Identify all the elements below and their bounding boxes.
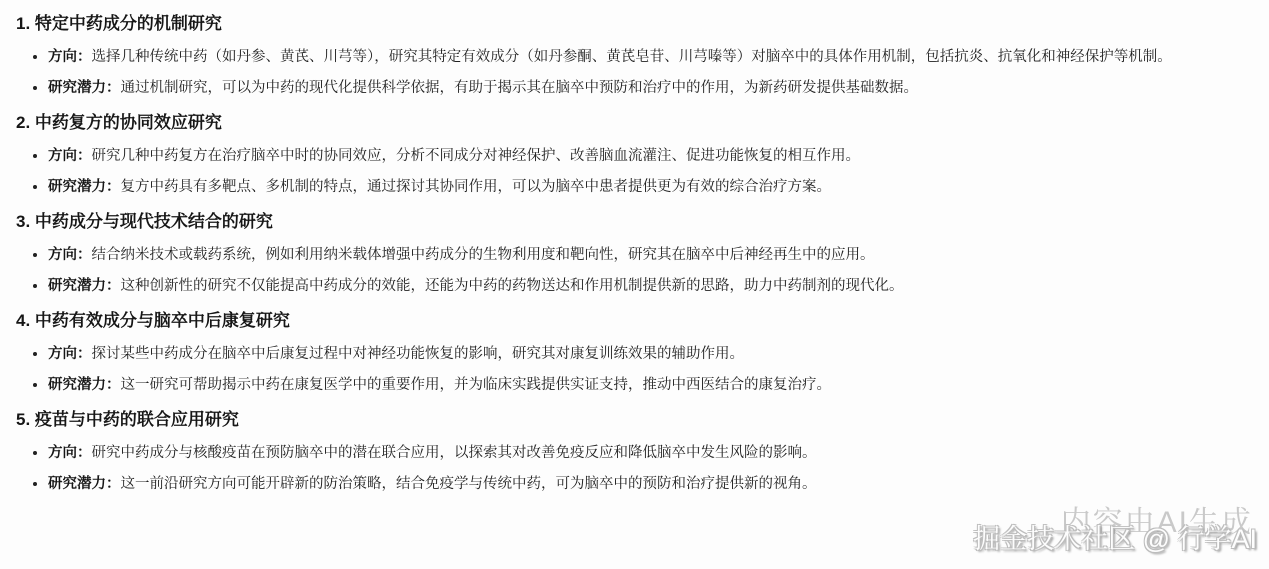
community-watermark: 掘金技术社区 @ 行学AI (973, 521, 1257, 557)
bullet-label: 方向： (48, 346, 92, 362)
list-item: 方向：研究几种中药复方在治疗脑卒中时的协同效应，分析不同成分对神经保护、改善脑血… (48, 147, 1249, 165)
bullet-text: 通过机制研究，可以为中药的现代化提供科学依据，有助于揭示其在脑卒中预防和治疗中的… (121, 80, 919, 96)
list-item: 研究潜力：这种创新性的研究不仅能提高中药成分的效能，还能为中药的药物送达和作用机… (48, 277, 1249, 295)
section-bullet-list: 方向：研究几种中药复方在治疗脑卒中时的协同效应，分析不同成分对神经保护、改善脑血… (16, 147, 1249, 196)
list-item: 研究潜力：这一前沿研究方向可能开辟新的防治策略，结合免疫学与传统中药，可为脑卒中… (48, 475, 1249, 493)
list-item: 研究潜力：这一研究可帮助揭示中药在康复医学中的重要作用，并为临床实践提供实证支持… (48, 376, 1249, 394)
section-title: 1. 特定中药成分的机制研究 (16, 13, 1249, 35)
section-title: 3. 中药成分与现代技术结合的研究 (16, 211, 1249, 233)
bullet-text: 这一研究可帮助揭示中药在康复医学中的重要作用，并为临床实践提供实证支持，推动中西… (121, 377, 832, 393)
list-item: 方向：探讨某些中药成分在脑卒中后康复过程中对神经功能恢复的影响，研究其对康复训练… (48, 345, 1249, 363)
bullet-text: 这一前沿研究方向可能开辟新的防治策略，结合免疫学与传统中药，可为脑卒中的预防和治… (121, 476, 817, 492)
list-item: 方向：选择几种传统中药（如丹参、黄芪、川芎等），研究其特定有效成分（如丹参酮、黄… (48, 48, 1249, 66)
section-1: 1. 特定中药成分的机制研究 方向：选择几种传统中药（如丹参、黄芪、川芎等），研… (16, 13, 1249, 97)
list-item: 研究潜力：复方中药具有多靶点、多机制的特点，通过探讨其协同作用，可以为脑卒中患者… (48, 178, 1249, 196)
section-bullet-list: 方向：结合纳米技术或载药系统，例如利用纳米载体增强中药成分的生物利用度和靶向性，… (16, 246, 1249, 295)
bullet-label: 方向： (48, 247, 92, 263)
bullet-label: 方向： (48, 445, 92, 461)
bullet-label: 研究潜力： (48, 476, 121, 492)
section-title: 4. 中药有效成分与脑卒中后康复研究 (16, 310, 1249, 332)
bullet-text: 研究中药成分与核酸疫苗在预防脑卒中的潜在联合应用，以探索其对改善免疫反应和降低脑… (92, 445, 817, 461)
bullet-text: 这种创新性的研究不仅能提高中药成分的效能，还能为中药的药物送达和作用机制提供新的… (121, 278, 904, 294)
section-bullet-list: 方向：研究中药成分与核酸疫苗在预防脑卒中的潜在联合应用，以探索其对改善免疫反应和… (16, 444, 1249, 493)
section-title: 5. 疫苗与中药的联合应用研究 (16, 409, 1249, 431)
bullet-text: 复方中药具有多靶点、多机制的特点，通过探讨其协同作用，可以为脑卒中患者提供更为有… (121, 179, 832, 195)
bullet-label: 研究潜力： (48, 179, 121, 195)
bullet-text: 选择几种传统中药（如丹参、黄芪、川芎等），研究其特定有效成分（如丹参酮、黄芪皂苷… (92, 49, 1172, 65)
bullet-label: 方向： (48, 148, 92, 164)
bullet-label: 研究潜力： (48, 278, 121, 294)
bullet-text: 研究几种中药复方在治疗脑卒中时的协同效应，分析不同成分对神经保护、改善脑血流灌注… (92, 148, 861, 164)
section-4: 4. 中药有效成分与脑卒中后康复研究 方向：探讨某些中药成分在脑卒中后康复过程中… (16, 310, 1249, 394)
bullet-label: 研究潜力： (48, 377, 121, 393)
section-5: 5. 疫苗与中药的联合应用研究 方向：研究中药成分与核酸疫苗在预防脑卒中的潜在联… (16, 409, 1249, 493)
list-item: 方向：研究中药成分与核酸疫苗在预防脑卒中的潜在联合应用，以探索其对改善免疫反应和… (48, 444, 1249, 462)
section-bullet-list: 方向：探讨某些中药成分在脑卒中后康复过程中对神经功能恢复的影响，研究其对康复训练… (16, 345, 1249, 394)
section-2: 2. 中药复方的协同效应研究 方向：研究几种中药复方在治疗脑卒中时的协同效应，分… (16, 112, 1249, 196)
bullet-label: 研究潜力： (48, 80, 121, 96)
bullet-text: 探讨某些中药成分在脑卒中后康复过程中对神经功能恢复的影响，研究其对康复训练效果的… (92, 346, 745, 362)
section-3: 3. 中药成分与现代技术结合的研究 方向：结合纳米技术或载药系统，例如利用纳米载… (16, 211, 1249, 295)
section-title: 2. 中药复方的协同效应研究 (16, 112, 1249, 134)
document-body: 1. 特定中药成分的机制研究 方向：选择几种传统中药（如丹参、黄芪、川芎等），研… (0, 0, 1269, 493)
list-item: 方向：结合纳米技术或载药系统，例如利用纳米载体增强中药成分的生物利用度和靶向性，… (48, 246, 1249, 264)
list-item: 研究潜力：通过机制研究，可以为中药的现代化提供科学依据，有助于揭示其在脑卒中预防… (48, 79, 1249, 97)
section-bullet-list: 方向：选择几种传统中药（如丹参、黄芪、川芎等），研究其特定有效成分（如丹参酮、黄… (16, 48, 1249, 97)
bullet-label: 方向： (48, 49, 92, 65)
bullet-text: 结合纳米技术或载药系统，例如利用纳米载体增强中药成分的生物利用度和靶向性，研究其… (92, 247, 875, 263)
